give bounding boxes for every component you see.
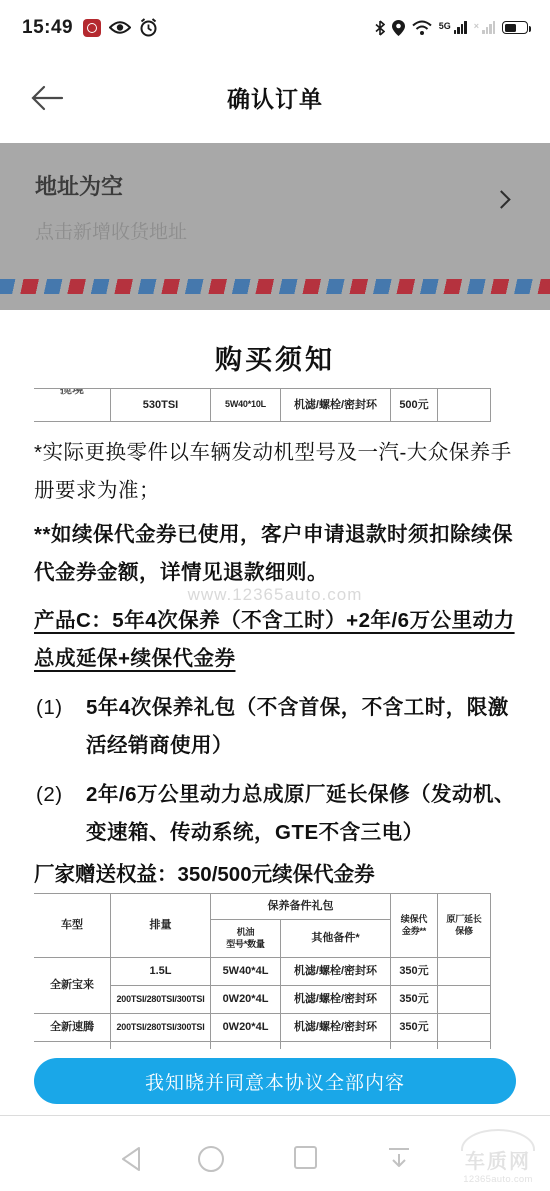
table-header-row-1: 车型 排量 保养备件礼包 续保代 金券** 原厂延长 保修 bbox=[34, 894, 491, 920]
alarm-icon bbox=[139, 18, 158, 37]
cell-oil: 0W20*4L bbox=[211, 1014, 281, 1042]
list-item-2: (2) 2年/6万公里动力总成原厂延长保修（发动机、变速箱、传动系统，GTE不含… bbox=[34, 776, 516, 852]
list-item-1: (1) 5年4次保养礼包（不含首保，不含工时，限激活经销商使用） bbox=[34, 689, 516, 765]
cell-other-parts: 机滤/螺栓/密封环 bbox=[281, 986, 391, 1014]
cellular-signal-no-service: × bbox=[474, 21, 495, 34]
cell-displacement: 200TSI/280TSI/300TSI bbox=[111, 1014, 211, 1042]
purchase-notice-modal: 购买须知 揽境 530TSI 5W40*10L 机滤/螺栓/密封环 500元 *… bbox=[0, 310, 550, 1115]
battery-icon bbox=[502, 21, 528, 34]
wifi-icon bbox=[412, 20, 432, 36]
header-oil: 机油 型号*数量 bbox=[211, 920, 281, 958]
phone-screen: 15:49 bbox=[0, 0, 550, 1191]
cell-warranty bbox=[438, 1014, 491, 1042]
chevron-right-icon[interactable] bbox=[492, 190, 510, 208]
cellular-signal-5g: 5G bbox=[439, 21, 467, 34]
nav-home-icon[interactable] bbox=[198, 1146, 224, 1172]
cell-voucher: 350元 bbox=[391, 1014, 438, 1042]
cell-warranty bbox=[438, 958, 491, 986]
cell-displacement: 200TSI/280TSI/300TSI bbox=[111, 986, 211, 1014]
cell-model: 全新宝来 bbox=[34, 958, 111, 1014]
eye-comfort-icon bbox=[109, 20, 131, 35]
cell-model: 全新速腾 bbox=[34, 1014, 111, 1042]
nav-recents-icon[interactable] bbox=[294, 1146, 317, 1169]
cell-voucher: 350元 bbox=[391, 958, 438, 986]
site-watermark-logo: 车质网 12365auto.com bbox=[452, 1129, 544, 1185]
cell-oil: 5W40*10L bbox=[211, 389, 281, 422]
watermark-site-url: 12365auto.com bbox=[452, 1174, 544, 1185]
benefit-table: 车型 排量 保养备件礼包 续保代 金券** 原厂延长 保修 机油 型号*数量 其… bbox=[34, 893, 516, 1049]
cell-oil: 5W40*4L bbox=[211, 958, 281, 986]
nav-back-icon[interactable] bbox=[120, 1146, 142, 1172]
notice-paragraph-2: **如续保代金券已使用，客户申请退款时须扣除续保代金券金额，详情见退款细则。 bbox=[34, 516, 516, 592]
table-row: 全新宝来 1.5L 5W40*4L 机滤/螺栓/密封环 350元 bbox=[34, 958, 491, 986]
cell-warranty bbox=[438, 986, 491, 1014]
table-row: 揽境 530TSI 5W40*10L 机滤/螺栓/密封环 500元 bbox=[34, 389, 491, 422]
cell-voucher: 350元 bbox=[391, 986, 438, 1014]
no-service-label: × bbox=[474, 21, 479, 31]
list-item-1-number: (1) bbox=[36, 689, 63, 727]
cell-other-parts: 机滤/螺栓/密封环 bbox=[281, 389, 391, 422]
list-item-1-text: 5年4次保养礼包（不含首保，不含工时，限激活经销商使用） bbox=[86, 696, 509, 757]
agree-button[interactable]: 我知晓并同意本协议全部内容 bbox=[34, 1058, 516, 1104]
header-voucher: 续保代 金券** bbox=[391, 894, 438, 958]
system-nav-bar: 车质网 12365auto.com bbox=[0, 1115, 550, 1191]
table-row-clipped bbox=[34, 1042, 491, 1050]
nav-header: 确认订单 bbox=[0, 55, 550, 143]
page-title: 确认订单 bbox=[0, 81, 550, 114]
benefit-heading: 厂家赠送权益：350/500元续保代金券 bbox=[34, 857, 516, 887]
cell-other-parts: 机滤/螺栓/密封环 bbox=[281, 958, 391, 986]
cell-warranty bbox=[438, 389, 491, 422]
cell-other-parts: 机滤/螺栓/密封环 bbox=[281, 1014, 391, 1042]
clock-time: 15:49 bbox=[22, 17, 73, 39]
bluetooth-icon bbox=[375, 20, 385, 36]
notice-title: 购买须知 bbox=[34, 338, 516, 378]
cell-model-partial: 揽境 bbox=[34, 389, 111, 422]
address-section-dimmed[interactable]: 地址为空 点击新增收货地址 bbox=[0, 143, 550, 310]
nav-hide-icon[interactable] bbox=[386, 1146, 412, 1172]
notice-paragraph-1: *实际更换零件以车辆发动机型号及一汽-大众保养手册要求为准； bbox=[34, 434, 516, 510]
list-item-2-text: 2年/6万公里动力总成原厂延长保修（发动机、变速箱、传动系统，GTE不含三电） bbox=[86, 783, 515, 844]
network-type-label: 5G bbox=[439, 21, 451, 31]
product-c-heading: 产品C：5年4次保养（不含工时）+2年/6万公里动力总成延保+续保代金券 bbox=[34, 602, 516, 678]
cell-displacement: 1.5L bbox=[111, 958, 211, 986]
address-add-hint: 点击新增收货地址 bbox=[35, 217, 187, 244]
notification-app-icon bbox=[83, 19, 101, 37]
clipped-table-row: 揽境 530TSI 5W40*10L 机滤/螺栓/密封环 500元 bbox=[34, 388, 516, 422]
cell-displacement: 530TSI bbox=[111, 389, 211, 422]
header-model: 车型 bbox=[34, 894, 111, 958]
list-item-2-number: (2) bbox=[36, 776, 63, 814]
cell-oil: 0W20*4L bbox=[211, 986, 281, 1014]
car-roof-arc bbox=[461, 1129, 535, 1151]
address-empty-title: 地址为空 bbox=[35, 170, 123, 201]
watermark-site-name: 车质网 bbox=[452, 1145, 544, 1174]
airmail-stripes-divider bbox=[0, 279, 550, 294]
header-warranty: 原厂延长 保修 bbox=[438, 894, 491, 958]
header-package-group: 保养备件礼包 bbox=[211, 894, 391, 920]
status-bar: 15:49 bbox=[0, 0, 550, 55]
header-displacement: 排量 bbox=[111, 894, 211, 958]
table-row: 全新速腾 200TSI/280TSI/300TSI 0W20*4L 机滤/螺栓/… bbox=[34, 1014, 491, 1042]
cell-voucher: 500元 bbox=[391, 389, 438, 422]
location-icon bbox=[392, 20, 405, 36]
header-other-parts: 其他备件* bbox=[281, 920, 391, 958]
